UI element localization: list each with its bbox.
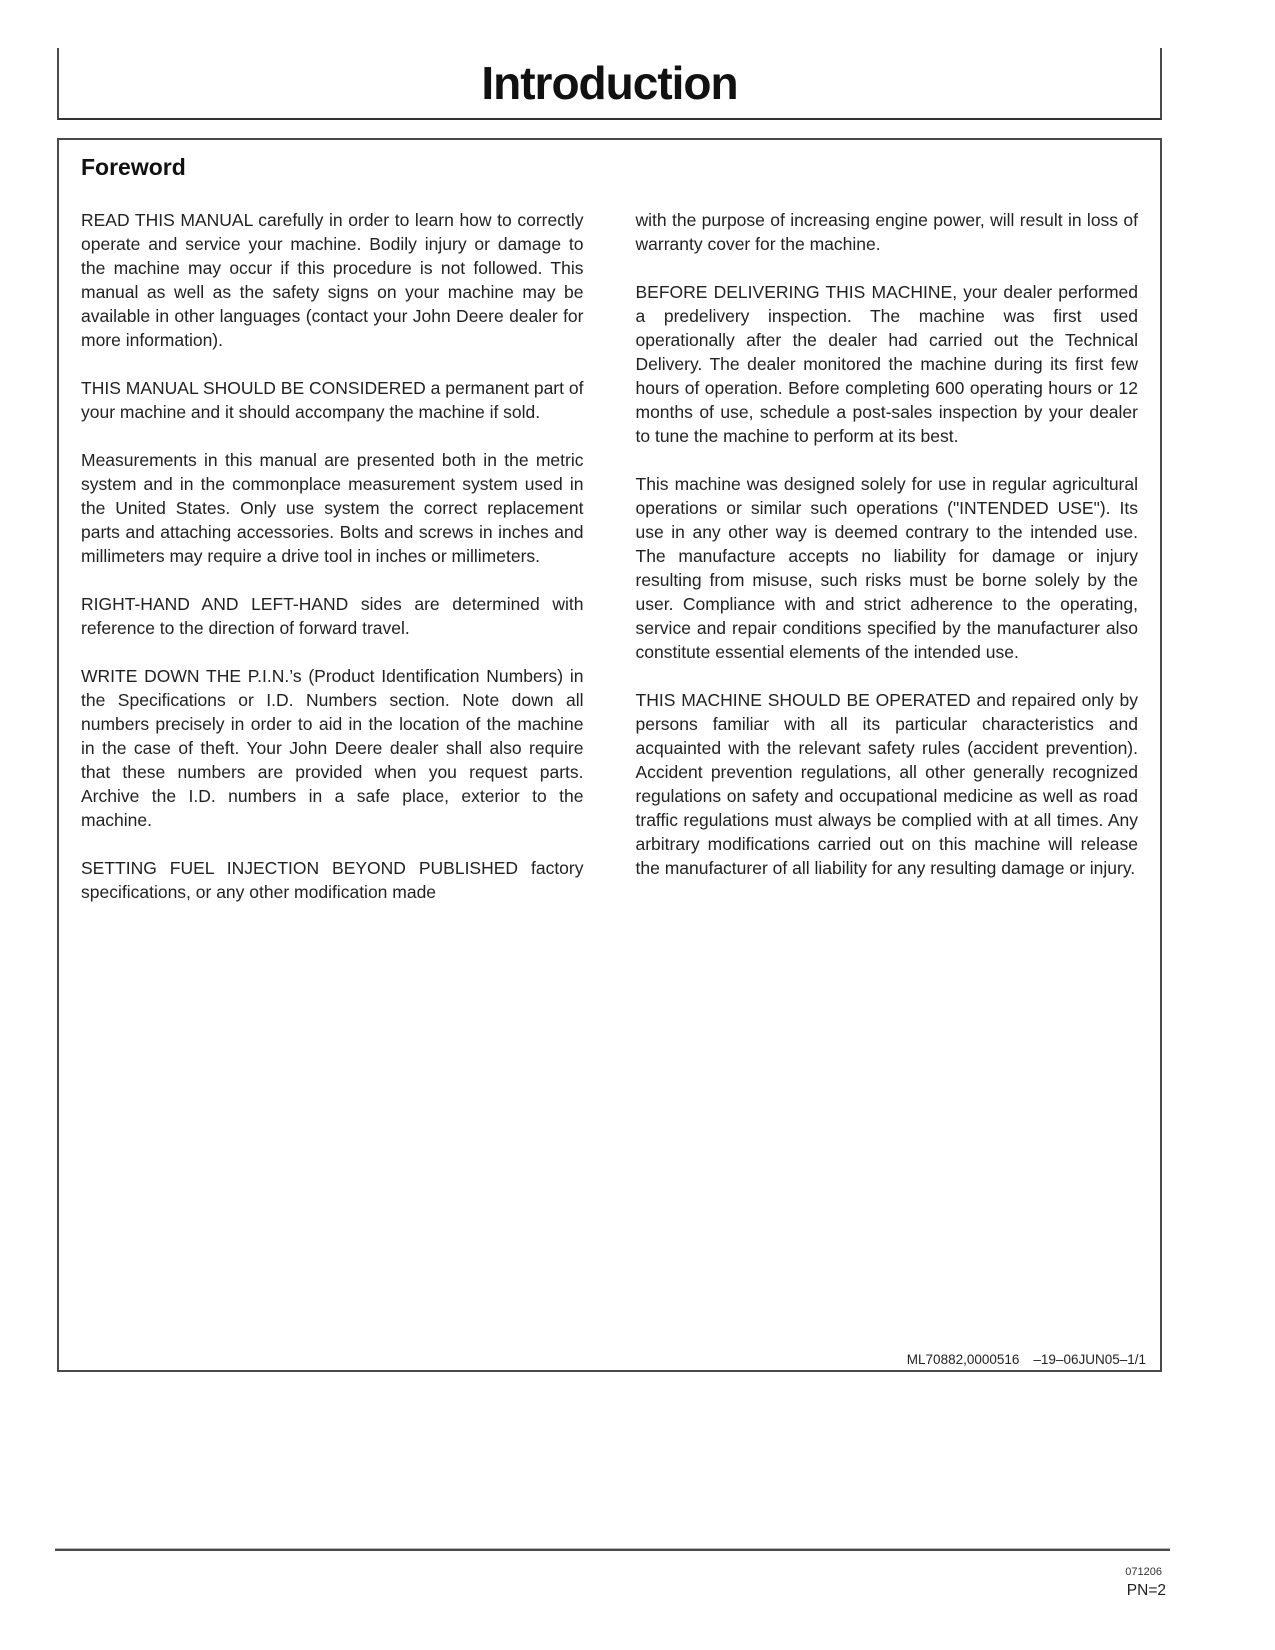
two-column-text: READ THIS MANUAL carefully in order to l… bbox=[59, 208, 1160, 928]
footer-rule bbox=[55, 1548, 1170, 1551]
foreword-heading: Foreword bbox=[81, 154, 1160, 181]
paragraph: THIS MANUAL SHOULD BE CONSIDERED a perma… bbox=[81, 376, 584, 424]
right-column: with the purpose of increasing engine po… bbox=[636, 208, 1139, 928]
document-code-line: ML70882,0000516–19–06JUN05–1/1 bbox=[907, 1352, 1146, 1367]
page-title: Introduction bbox=[59, 48, 1160, 110]
paragraph: WRITE DOWN THE P.I.N.’s (Product Identif… bbox=[81, 664, 584, 832]
document-revision-code: –19–06JUN05–1/1 bbox=[1033, 1352, 1146, 1367]
paragraph: This machine was designed solely for use… bbox=[636, 472, 1139, 664]
section-title-box: Introduction bbox=[57, 48, 1162, 120]
footer-page-number: PN=2 bbox=[1127, 1582, 1166, 1600]
paragraph: READ THIS MANUAL carefully in order to l… bbox=[81, 208, 584, 352]
paragraph: BEFORE DELIVERING THIS MACHINE, your dea… bbox=[636, 280, 1139, 448]
paragraph: Measurements in this manual are presente… bbox=[81, 448, 584, 568]
paragraph: THIS MACHINE SHOULD BE OPERATED and repa… bbox=[636, 688, 1139, 880]
paragraph: with the purpose of increasing engine po… bbox=[636, 208, 1139, 256]
document-code: ML70882,0000516 bbox=[907, 1352, 1020, 1367]
footer-date-code: 071206 bbox=[1125, 1566, 1162, 1578]
foreword-section-box: Foreword READ THIS MANUAL carefully in o… bbox=[57, 138, 1162, 1372]
left-column: READ THIS MANUAL carefully in order to l… bbox=[81, 208, 584, 928]
paragraph: RIGHT-HAND AND LEFT-HAND sides are deter… bbox=[81, 592, 584, 640]
manual-page: Introduction Foreword READ THIS MANUAL c… bbox=[0, 0, 1275, 1650]
paragraph: SETTING FUEL INJECTION BEYOND PUBLISHED … bbox=[81, 856, 584, 904]
